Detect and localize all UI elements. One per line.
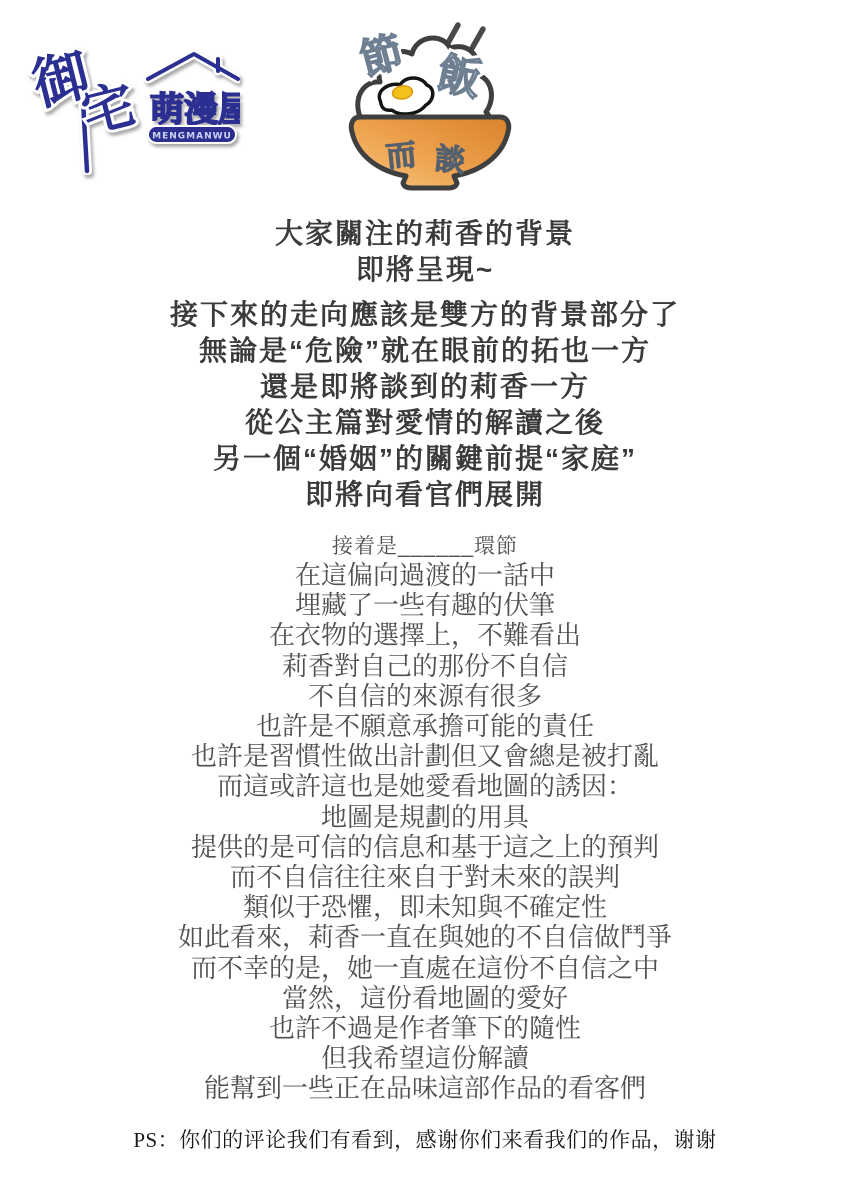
announcement-section: 大家關注的莉香的背景 即將呈現~ 接下來的走向應該是雙方的背景部分了 無論是“危…	[0, 216, 850, 513]
commentary-line: 也許不過是作者筆下的隨性	[0, 1013, 850, 1043]
commentary-section: 接着是______環節 在這偏向過渡的一話中 埋藏了一些有趣的伏筆 在衣物的選擇…	[0, 534, 850, 1104]
commentary-line: 類似于恐懼，即未知與不確定性	[0, 892, 850, 922]
commentary-line: 而這或許這也是她愛看地圖的誘因：	[0, 771, 850, 801]
group-logo: 御 宅 萌漫屋 MENGMANWU	[22, 33, 240, 175]
announcement-body-line: 接下來的走向應該是雙方的背景部分了	[0, 297, 850, 333]
spacer	[0, 288, 850, 297]
commentary-line: 莉香對自己的那份不自信	[0, 651, 850, 681]
logo-roof-halo	[148, 54, 238, 79]
logo-chars-mengmanwu: 萌漫屋	[150, 91, 240, 129]
rice-bowl-emblem: 節 節 飯 飯 而 談	[330, 20, 530, 198]
announcement-body-line: 即將向看官們展開	[0, 477, 850, 513]
commentary-line: 提供的是可信的信息和基于這之上的預判	[0, 832, 850, 862]
group-logo-image: 御 宅 萌漫屋 MENGMANWU	[22, 33, 240, 175]
commentary-line: 在這偏向過渡的一話中	[0, 560, 850, 590]
announcement-headline-line: 即將呈現~	[0, 252, 850, 288]
commentary-line: 當然，這份看地圖的愛好	[0, 983, 850, 1013]
commentary-line: 如此看來，莉香一直在與她的不自信做鬥爭	[0, 922, 850, 952]
bowl-label-er: 而	[385, 138, 418, 174]
announcement-headline-line: 大家關注的莉香的背景	[0, 216, 850, 252]
rice-bowl-illustration: 節 節 飯 飯 而 談	[330, 20, 530, 198]
bowl-icon	[351, 117, 508, 188]
commentary-line: 能幫到一些正在品味這部作品的看客們	[0, 1073, 850, 1103]
scanlation-note-page: 御 宅 萌漫屋 MENGMANWU	[0, 0, 850, 1200]
commentary-line: 也許是習慣性做出計劃但又會總是被打亂	[0, 741, 850, 771]
bowl-label-tan: 談	[433, 143, 466, 179]
announcement-body-line: 還是即將談到的莉香一方	[0, 369, 850, 405]
announcement-body-line: 從公主篇對愛情的解讀之後	[0, 405, 850, 441]
commentary-intro: 接着是______環節	[0, 534, 850, 560]
commentary-line: 也許是不願意承擔可能的責任	[0, 711, 850, 741]
announcement-body-line: 另一個“婚姻”的關鍵前提“家庭”	[0, 441, 850, 477]
commentary-line: 在衣物的選擇上，不難看出	[0, 620, 850, 650]
commentary-line: 而不幸的是，她一直處在這份不自信之中	[0, 953, 850, 983]
commentary-line: 但我希望這份解讀	[0, 1043, 850, 1073]
logo-subtitle: MENGMANWU	[152, 132, 232, 142]
commentary-line: 地圖是規劃的用具	[0, 802, 850, 832]
commentary-line: 而不自信往往來自于對未來的誤判	[0, 862, 850, 892]
announcement-body-line: 無論是“危險”就在眼前的拓也一方	[0, 333, 850, 369]
commentary-line: 不自信的來源有很多	[0, 681, 850, 711]
commentary-line: 埋藏了一些有趣的伏筆	[0, 590, 850, 620]
postscript-note: PS：你们的评论我们有看到，感谢你们来看我们的作品，谢谢	[0, 1127, 850, 1153]
